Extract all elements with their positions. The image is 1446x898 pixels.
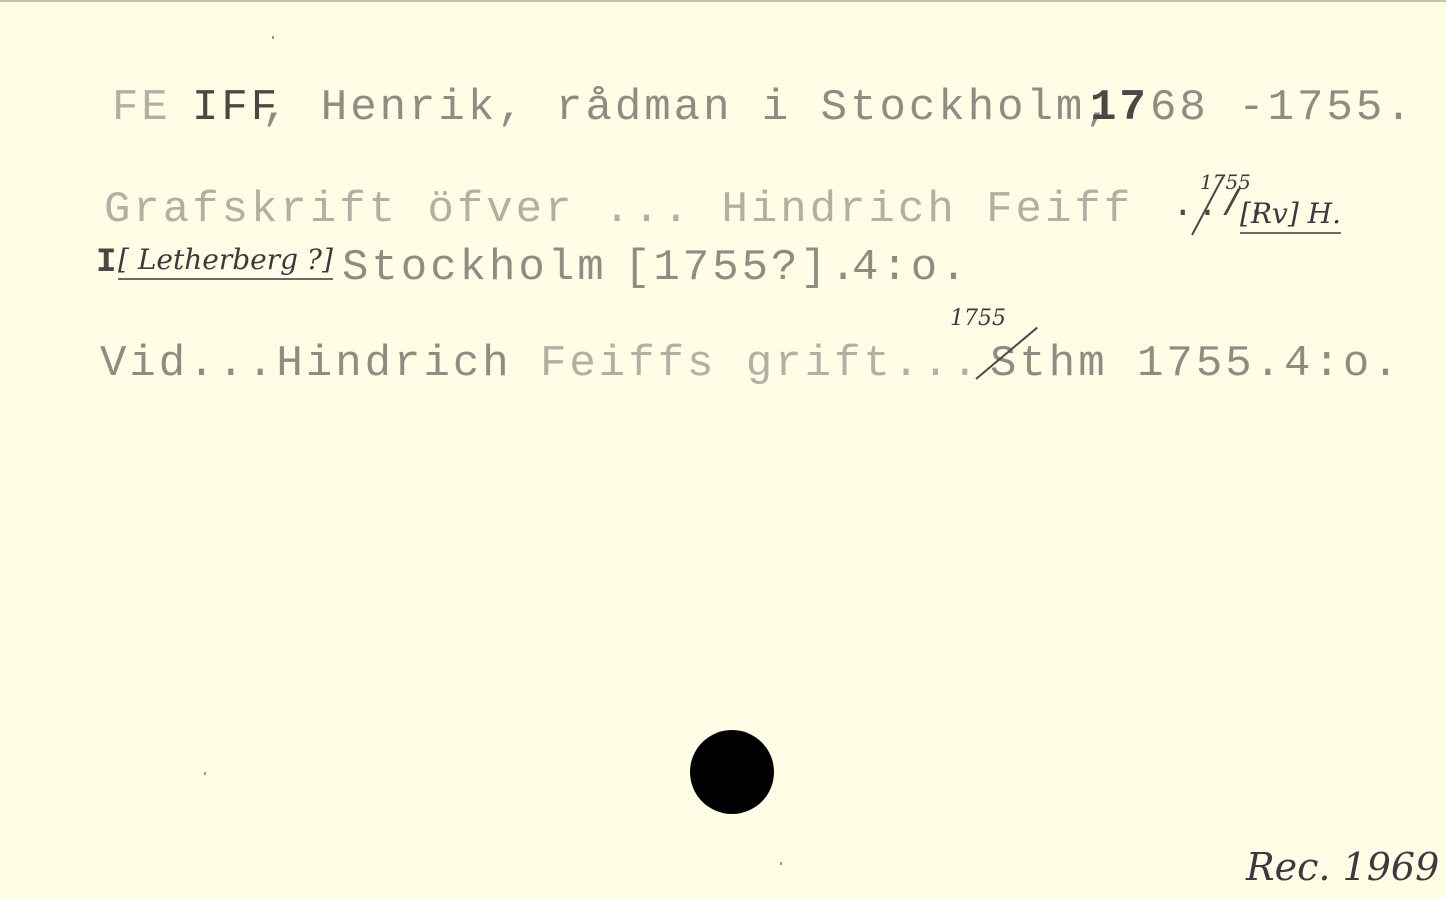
entry1-format: 4:o.: [852, 246, 970, 290]
entry1-date: [1755?].: [624, 246, 859, 290]
entry2-imprint: Sthm 1755.4:o.: [990, 342, 1402, 386]
entry2-title-a: Vid...Hindrich: [100, 342, 512, 386]
entry1-title: Grafskrift öfver ... Hindrich Feiff: [104, 188, 1133, 232]
entry1-place-annotation: [ Letherberg ?]: [118, 246, 333, 280]
footer-note-rec: Rec. 1969: [1246, 848, 1439, 886]
heading-surname-faint: FE: [112, 86, 171, 130]
entry1-printer-annotation: [Rv] H.: [1240, 200, 1341, 234]
heading-dates: 68 -1755.: [1150, 86, 1415, 130]
catalog-card: FE IFF , Henrik, rådman i Stockholm, 17 …: [0, 0, 1446, 898]
speck: [272, 36, 274, 39]
entry1-annotation-year: 1755: [1200, 172, 1251, 192]
entry2-title-b: Feiffs grift...: [540, 342, 981, 386]
entry2-annotation-year: 1755: [950, 308, 1006, 330]
heading-birth-correction: 17: [1090, 86, 1149, 130]
heading-name-occupation: , Henrik, rådman i Stockholm,: [262, 86, 1115, 130]
speck: [780, 862, 782, 865]
punch-hole: [690, 730, 774, 814]
entry1-place: Stockholm: [342, 246, 607, 290]
speck: [204, 772, 206, 775]
entry1-prefix: I: [96, 246, 119, 280]
